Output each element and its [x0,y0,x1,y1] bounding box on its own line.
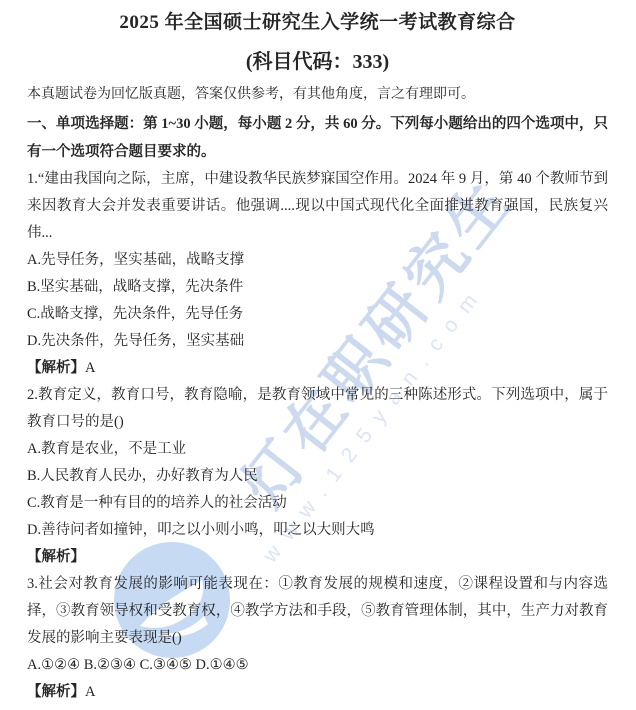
answer-value: A [85,684,95,700]
document-content: 2025 年全国硕士研究生入学统一考试教育综合 (科目代码：333) 本真题试卷… [0,8,636,706]
question-2-analysis: 【解析】 [27,544,608,571]
question-3: 3.社会对教育发展的影响可能表现在：①教育发展的规模和速度，②课程设置和与内容选… [27,571,608,706]
analysis-label: 【解析】 [27,549,85,565]
question-1-option-b: B.坚实基础，战略支撑，先决条件 [27,274,608,301]
question-1-option-a: A.先导任务，坚实基础，战略支撑 [27,247,608,274]
question-1: 1.“建由我国向之际，主席，中建设教华民族梦寐国空作用。2024 年 9 月，第… [27,166,608,382]
question-1-option-c: C.战略支撑，先决条件，先导任务 [27,301,608,328]
section-heading: 一、单项选择题：第 1~30 小题，每小题 2 分，共 60 分。下列每小题给出… [27,110,608,166]
exam-document-page: 灯在职研究生 www.125yan.com 2025 年全国硕士研究生入学统一考… [0,0,636,710]
question-3-options-row: A.①②④ B.②③④ C.③④⑤ D.①④⑤ [27,652,608,679]
question-2: 2.教育定义，教育口号，教育隐喻，是教育领域中常见的三种陈述形式。下列选项中，属… [27,382,608,571]
question-1-option-d: D.先决条件，先导任务，坚实基础 [27,328,608,355]
subject-code-subtitle: (科目代码：333) [27,48,608,76]
question-2-option-b: B.人民教育人民办，办好教育为人民 [27,463,608,490]
answer-value: A [85,360,95,376]
question-1-stem: 1.“建由我国向之际，主席，中建设教华民族梦寐国空作用。2024 年 9 月，第… [27,166,608,247]
question-2-option-d: D.善待问者如撞钟，叩之以小则小鸣，叩之以大则大鸣 [27,517,608,544]
question-3-stem: 3.社会对教育发展的影响可能表现在：①教育发展的规模和速度，②课程设置和与内容选… [27,571,608,652]
question-2-option-a: A.教育是农业，不是工业 [27,436,608,463]
question-1-analysis: 【解析】A [27,355,608,382]
question-2-option-c: C.教育是一种有目的的培养人的社会活动 [27,490,608,517]
disclaimer-text: 本真题试卷为回忆版真题，答案仅供参考，有其他角度，言之有理即可。 [27,84,608,106]
question-3-analysis: 【解析】A [27,679,608,706]
analysis-label: 【解析】 [27,360,85,376]
page-title: 2025 年全国硕士研究生入学统一考试教育综合 [27,8,608,38]
question-2-stem: 2.教育定义，教育口号，教育隐喻，是教育领域中常见的三种陈述形式。下列选项中，属… [27,382,608,436]
analysis-label: 【解析】 [27,684,85,700]
